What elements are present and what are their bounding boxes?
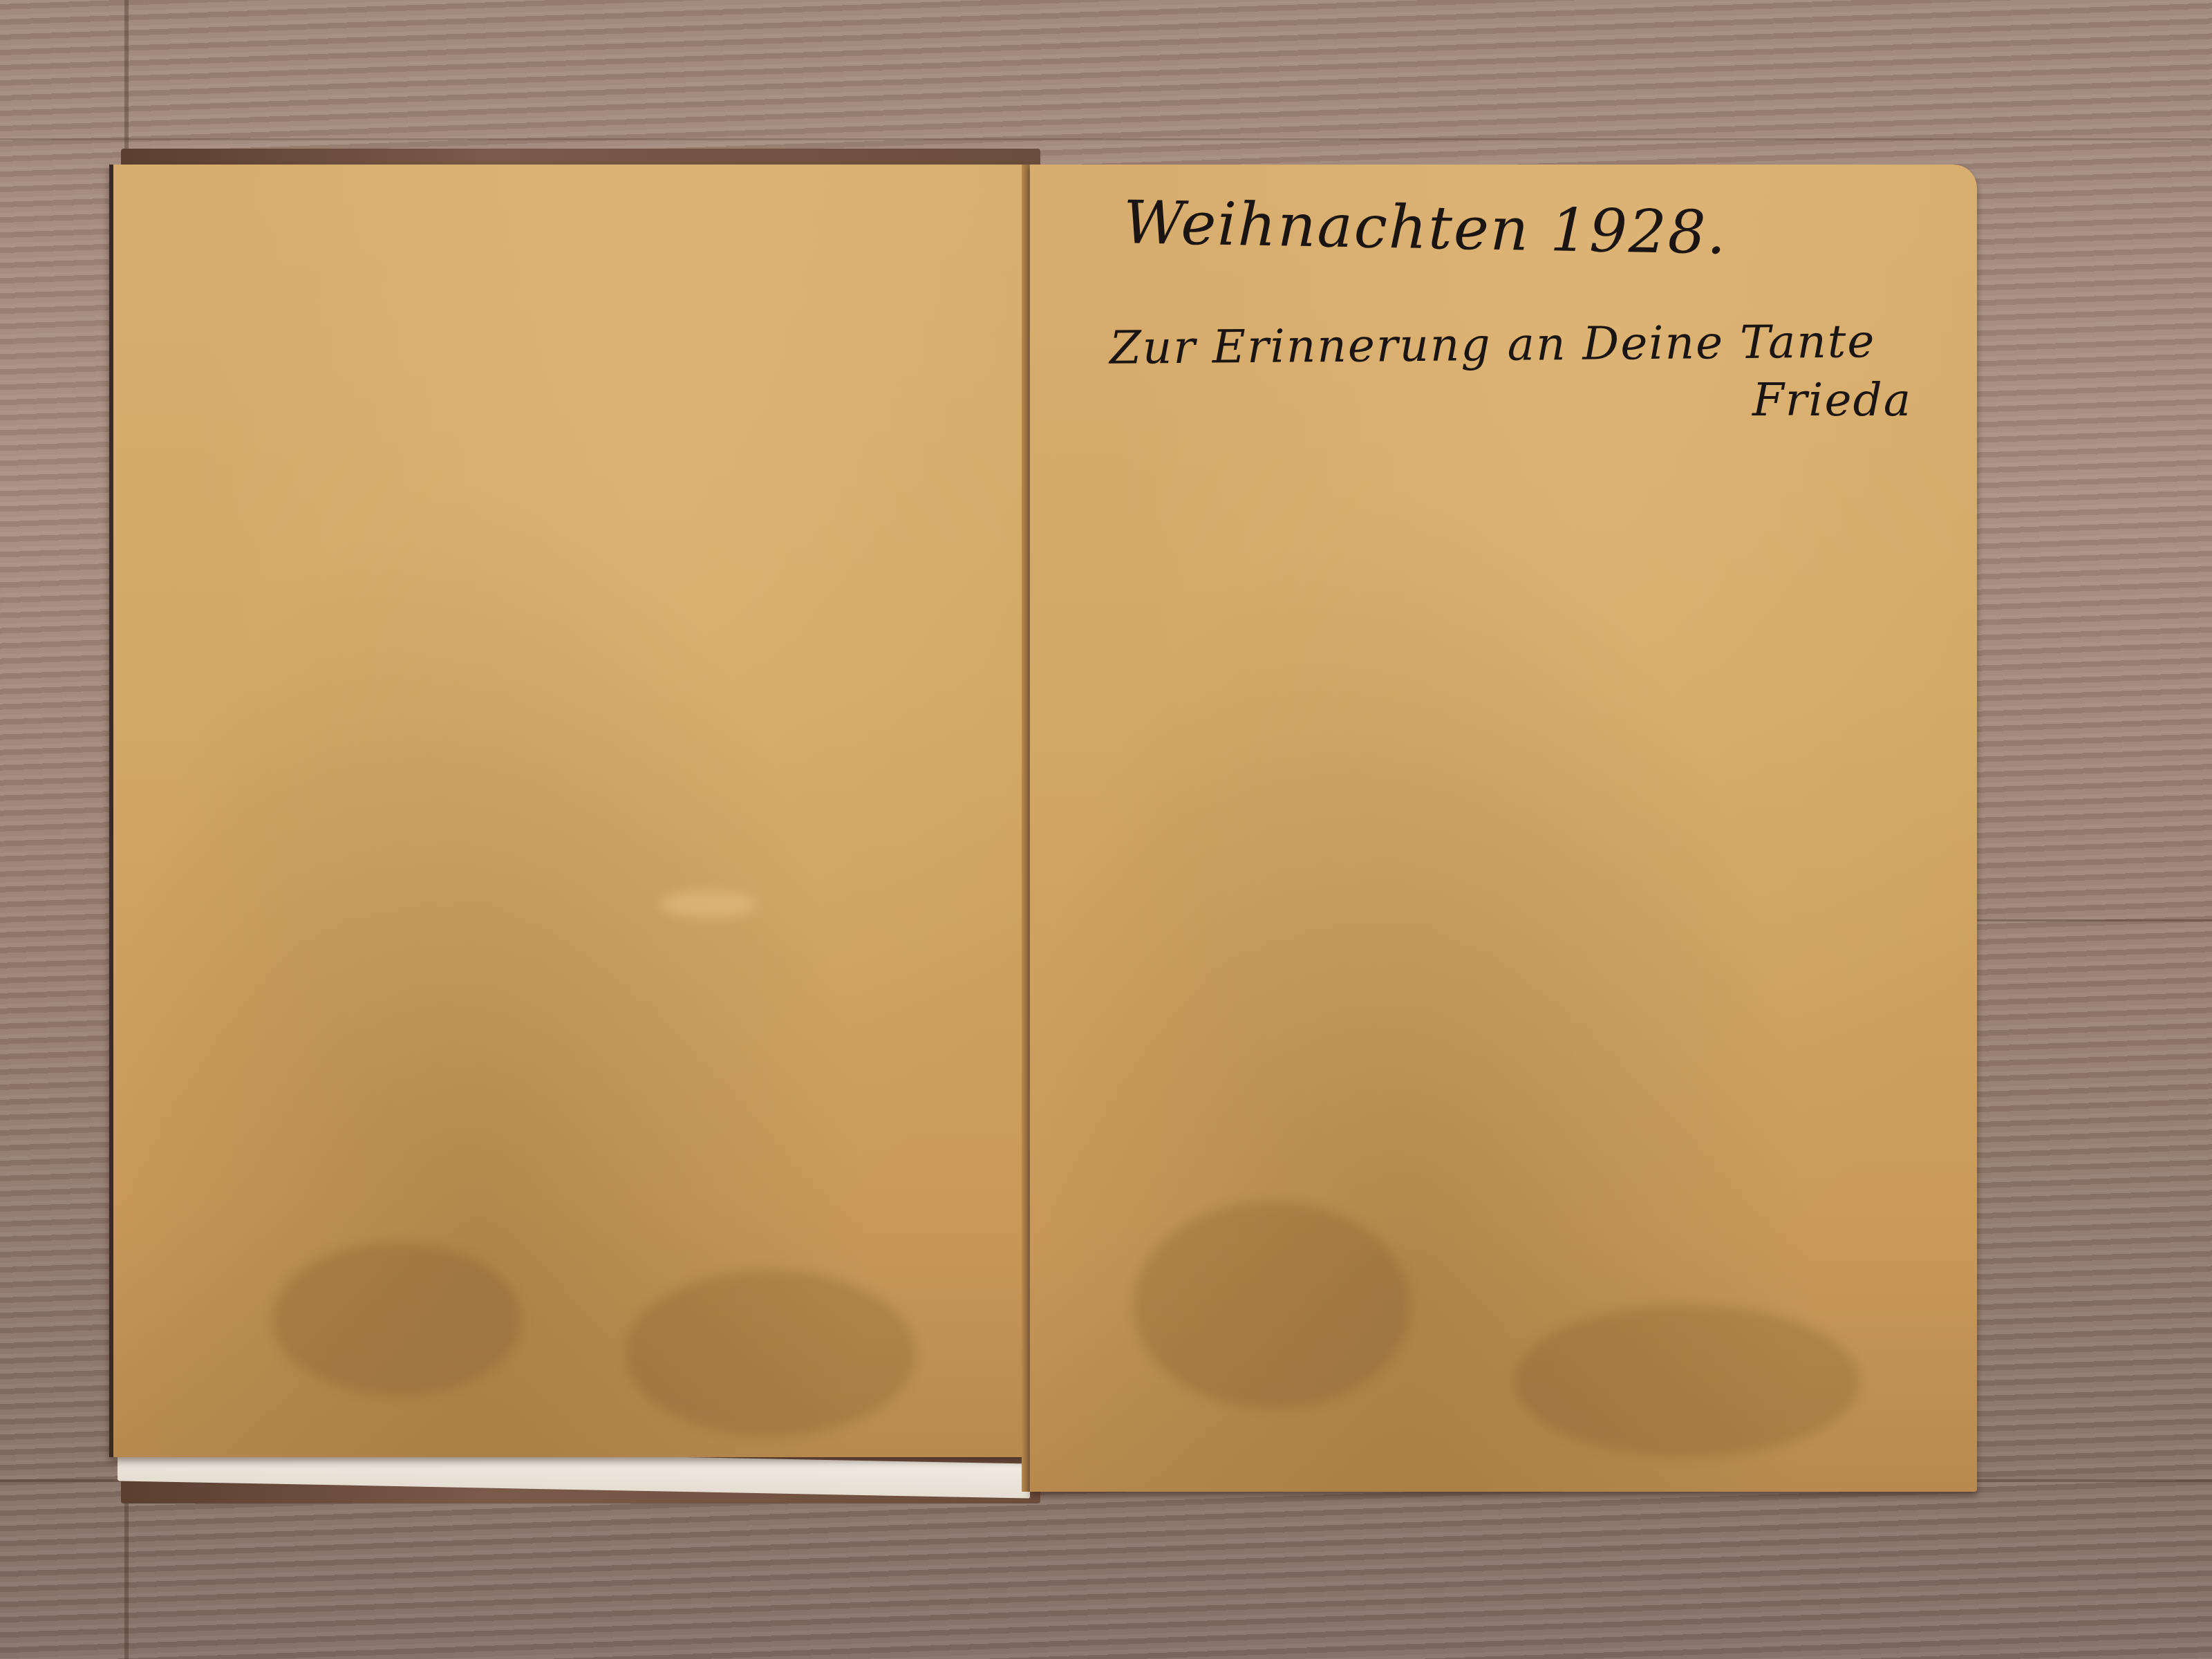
inscription-date-line: Weihnachten 1928. xyxy=(1123,188,1727,268)
paper-crease xyxy=(659,890,756,918)
left-endpaper xyxy=(109,165,1027,1457)
inscription-signature: Frieda xyxy=(1752,373,1912,427)
plank-seam-top xyxy=(0,138,2212,140)
inscription-dedication-line: Zur Erinnerung an Deine Tante xyxy=(1109,315,1876,375)
water-stain xyxy=(1134,1201,1410,1409)
water-stain xyxy=(1514,1305,1859,1457)
water-stain xyxy=(625,1271,915,1436)
water-stain xyxy=(272,1243,521,1395)
plank-seam-right xyxy=(1977,919,2212,921)
